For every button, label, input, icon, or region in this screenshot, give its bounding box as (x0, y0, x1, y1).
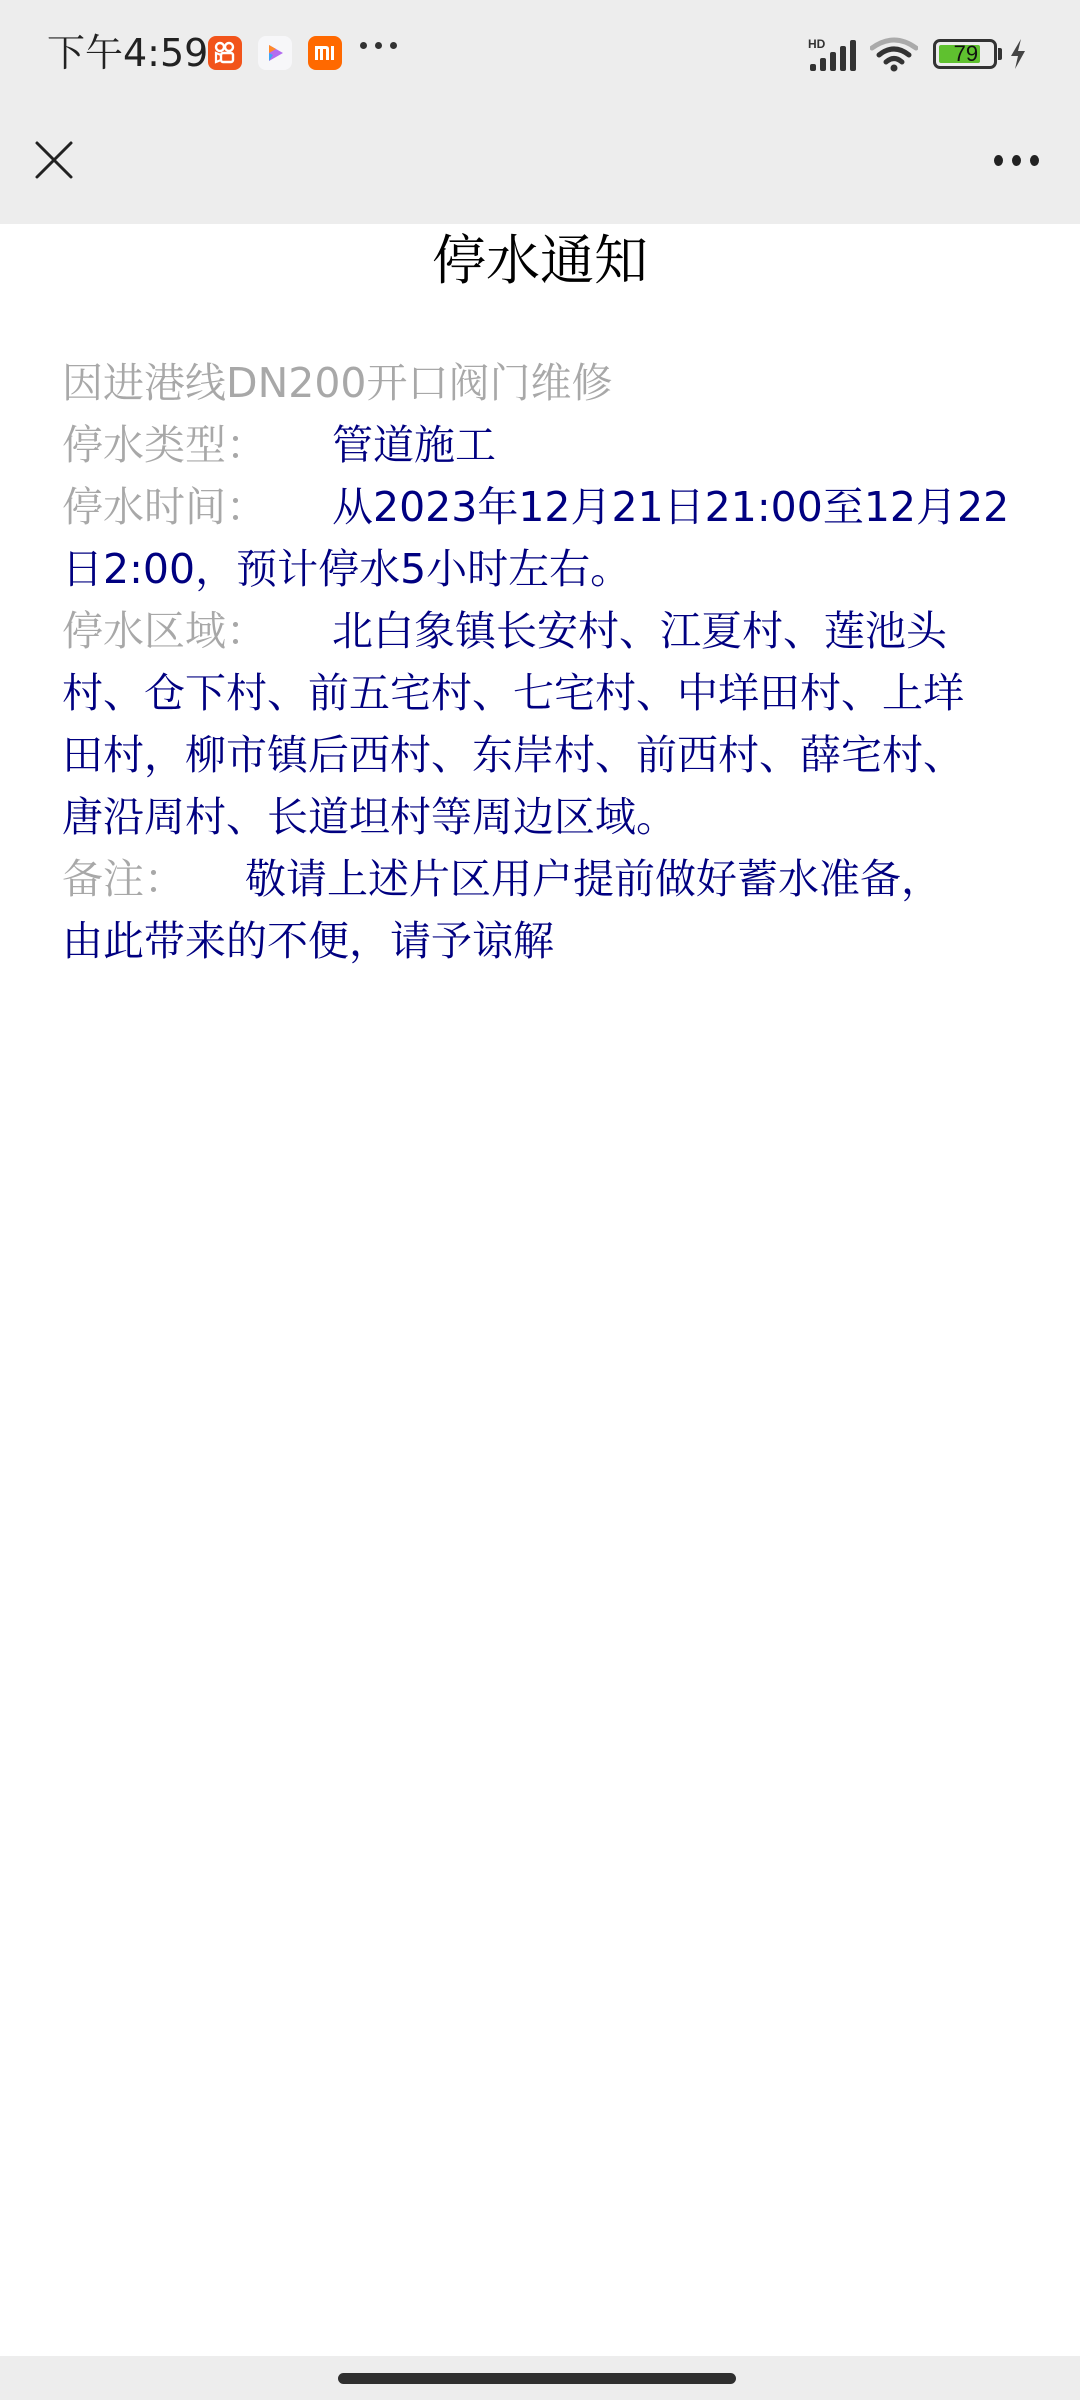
kuaishou-app-icon (208, 36, 242, 70)
field-time-value-line1: 从2023年12月21日21:00至12月22 (332, 483, 1009, 531)
webview-nav-bar (0, 100, 1080, 224)
status-bar: 下午4:59 HD (0, 0, 1080, 100)
battery-cap (998, 48, 1002, 60)
field-time: 停水时间：从2023年12月21日21:00至12月22 (62, 476, 1022, 538)
field-remark-value-line2: 由此带来的不便，请予谅解 (62, 910, 1022, 972)
field-time-label: 停水时间： (62, 476, 332, 538)
battery-indicator: 79 (933, 39, 997, 69)
video-player-app-icon (258, 36, 292, 70)
more-options-icon (1012, 155, 1021, 166)
field-type-value: 管道施工 (332, 421, 496, 469)
field-area-value-line1: 北白象镇长安村、江夏村、莲池头 (332, 607, 947, 655)
field-type-label: 停水类型： (62, 414, 332, 476)
battery-level: 79 (939, 45, 980, 63)
notice-body: 因进港线DN200开口阀门维修 停水类型：管道施工 停水时间：从2023年12月… (62, 352, 1022, 972)
more-notifications-icon (360, 42, 397, 49)
home-indicator[interactable] (338, 2373, 736, 2384)
field-area-value-line4: 唐沿周村、长道坦村等周边区域。 (62, 786, 1022, 848)
field-remark: 备注：敬请上述片区用户提前做好蓄水准备， (62, 848, 1022, 910)
wifi-icon (870, 36, 918, 72)
field-type: 停水类型：管道施工 (62, 414, 1022, 476)
signal-hd-icon: HD (808, 36, 860, 72)
field-area: 停水区域：北白象镇长安村、江夏村、莲池头 (62, 600, 1022, 662)
field-area-label: 停水区域： (62, 600, 332, 662)
field-remark-label: 备注： (62, 848, 245, 910)
close-button[interactable] (30, 130, 78, 190)
notice-intro: 因进港线DN200开口阀门维修 (62, 352, 1022, 414)
field-remark-value-line1: 敬请上述片区用户提前做好蓄水准备， (245, 855, 942, 903)
svg-text:HD: HD (808, 37, 826, 51)
more-options-icon (1030, 155, 1039, 166)
gesture-bar-area (0, 2356, 1080, 2400)
field-area-value-line2: 村、仓下村、前五宅村、七宅村、中垟田村、上垟 (62, 662, 1022, 724)
more-options-icon (994, 155, 1003, 166)
status-time: 下午4:59 (47, 28, 208, 78)
more-options-button[interactable] (986, 140, 1046, 180)
page-title: 停水通知 (0, 226, 1080, 296)
field-area-value-line3: 田村，柳市镇后西村、东岸村、前西村、薛宅村、 (62, 724, 1022, 786)
field-time-value-line2: 日2:00，预计停水5小时左右。 (62, 538, 1022, 600)
charging-bolt-icon (1008, 38, 1028, 70)
mi-app-icon (308, 36, 342, 70)
close-icon (34, 140, 74, 180)
